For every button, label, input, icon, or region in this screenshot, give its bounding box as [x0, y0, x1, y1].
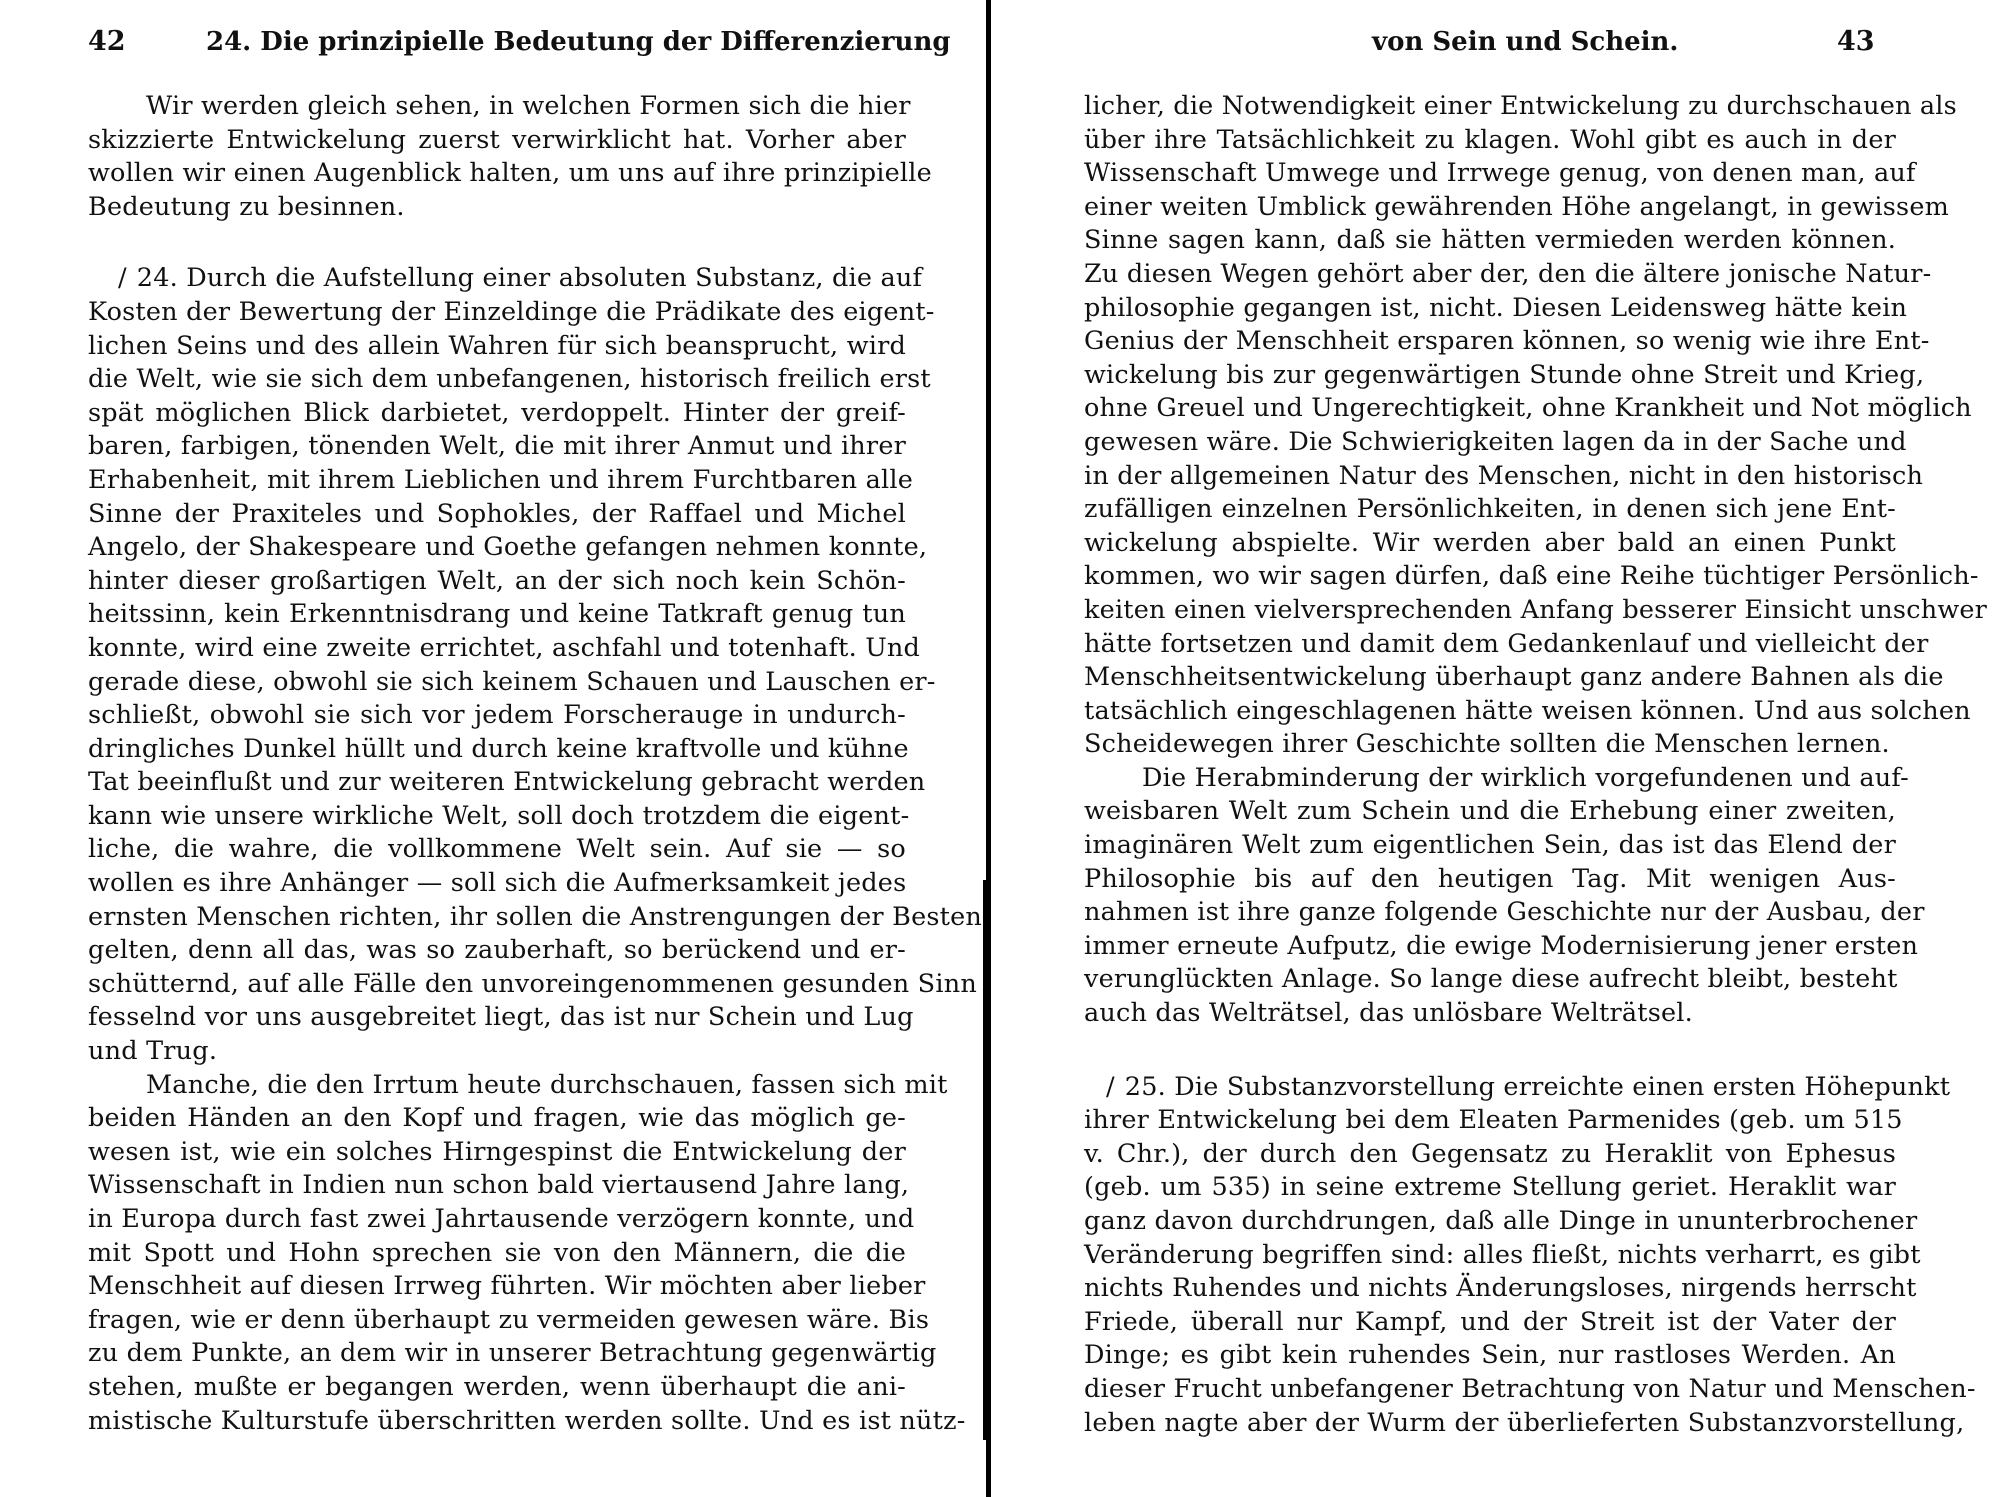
section-start-line: /24. Durch die Aufstellung einer absolut…: [88, 262, 906, 296]
right-text-block: licher, die Notwendigkeit einer Entwicke…: [1084, 90, 1896, 1440]
text-line: spät möglichen Blick darbietet, verdoppe…: [88, 397, 906, 431]
text-line: ihrer Entwickelung bei dem Eleaten Parme…: [1084, 1104, 1896, 1138]
text-line: in Europa durch fast zwei Jahrtausende v…: [88, 1203, 906, 1237]
text-line: Friede, überall nur Kampf, und der Strei…: [1084, 1306, 1896, 1340]
text-line: kann wie unsere wirkliche Welt, soll doc…: [88, 800, 906, 834]
text-line: Bedeutung zu besinnen.: [88, 191, 906, 225]
right-page: von Sein und Schein. 43 licher, die Notw…: [992, 0, 2000, 1497]
text-line: wollen wir einen Augenblick halten, um u…: [88, 157, 906, 191]
text-line: und Trug.: [88, 1035, 906, 1069]
text-line: Wissenschaft in Indien nun schon bald vi…: [88, 1169, 906, 1203]
section-start-line: /25. Die Substanzvorstellung erreichte e…: [1084, 1071, 1896, 1105]
text-line: beiden Händen an den Kopf und fragen, wi…: [88, 1102, 906, 1136]
text-line: stehen, mußte er begangen werden, wenn ü…: [88, 1371, 906, 1405]
text-line: ohne Greuel und Ungerechtigkeit, ohne Kr…: [1084, 392, 1896, 426]
text-line: tatsächlich eingeschlagenen hätte weisen…: [1084, 695, 1896, 729]
text-line: hinter dieser großartigen Welt, an der s…: [88, 565, 906, 599]
text-line: schütternd, auf alle Fälle den unvoreing…: [88, 968, 906, 1002]
text-line: baren, farbigen, tönenden Welt, die mit …: [88, 430, 906, 464]
text-line: lichen Seins und des allein Wahren für s…: [88, 330, 906, 364]
running-head: 24. Die prinzipielle Bedeutung der Diffe…: [206, 22, 951, 62]
text-line: immer erneute Aufputz, die ewige Moderni…: [1084, 930, 1896, 964]
text-line: Veränderung begriffen sind: alles fließt…: [1084, 1239, 1896, 1273]
left-page: 42 24. Die prinzipielle Bedeutung der Di…: [0, 0, 985, 1497]
text-line: auch das Welträtsel, das unlösbare Weltr…: [1084, 997, 1896, 1031]
text-line: dringliches Dunkel hüllt und durch keine…: [88, 733, 906, 767]
text-line: Tat beeinflußt und zur weiteren Entwicke…: [88, 766, 906, 800]
text-line: keiten einen vielversprechenden Anfang b…: [1084, 594, 1896, 628]
text-line: fesselnd vor uns ausgebreitet liegt, das…: [88, 1001, 906, 1035]
pencil-slash-mark: /: [118, 262, 127, 296]
book-gutter: [986, 0, 991, 1497]
text-line: Angelo, der Shakespeare und Goethe gefan…: [88, 531, 906, 565]
running-head: von Sein und Schein.: [1372, 22, 1678, 62]
text-line: liche, die wahre, die vollkommene Welt s…: [88, 833, 906, 867]
text-line: nahmen ist ihre ganze folgende Geschicht…: [1084, 896, 1896, 930]
page-number: 43: [1837, 22, 1875, 62]
text-line: ernsten Menschen richten, ihr sollen die…: [88, 901, 906, 935]
text-line: philosophie gegangen ist, nicht. Diesen …: [1084, 292, 1896, 326]
left-text-block: Wir werden gleich sehen, in welchen Form…: [88, 90, 906, 1438]
section-24-text: 24. Durch die Aufstellung einer absolute…: [137, 263, 922, 293]
paragraph-gap: [1084, 1031, 1896, 1071]
text-line: skizzierte Entwickelung zuerst verwirkli…: [88, 124, 906, 158]
text-line: v. Chr.), der durch den Gegensatz zu Her…: [1084, 1138, 1896, 1172]
paragraph-gap: [88, 224, 906, 262]
text-line: die Welt, wie sie sich dem unbefangenen,…: [88, 363, 906, 397]
text-line: mistische Kulturstufe überschritten werd…: [88, 1405, 906, 1439]
text-line: Wir werden gleich sehen, in welchen Form…: [88, 90, 906, 124]
text-line: wollen es ihre Anhänger — soll sich die …: [88, 867, 906, 901]
text-line: einer weiten Umblick gewährenden Höhe an…: [1084, 191, 1896, 225]
text-line: gerade diese, obwohl sie sich keinem Sch…: [88, 666, 906, 700]
text-line: verunglückten Anlage. So lange diese auf…: [1084, 963, 1896, 997]
text-line: (geb. um 535) in seine extreme Stellung …: [1084, 1171, 1896, 1205]
text-line: Erhabenheit, mit ihrem Lieblichen und ih…: [88, 464, 906, 498]
text-line: Die Herabminderung der wirklich vorgefun…: [1084, 762, 1896, 796]
text-line: Kosten der Bewertung der Einzeldinge die…: [88, 296, 906, 330]
text-line: über ihre Tatsächlichkeit zu klagen. Woh…: [1084, 124, 1896, 158]
text-line: wesen ist, wie ein solches Hirngespinst …: [88, 1136, 906, 1170]
text-line: schließt, obwohl sie sich vor jedem Fors…: [88, 699, 906, 733]
text-line: gewesen wäre. Die Schwierigkeiten lagen …: [1084, 426, 1896, 460]
text-line: Sinne sagen kann, daß sie hätten vermied…: [1084, 224, 1896, 258]
text-line: wickelung bis zur gegenwärtigen Stunde o…: [1084, 359, 1896, 393]
text-line: Sinne der Praxiteles und Sophokles, der …: [88, 498, 906, 532]
text-line: gelten, denn all das, was so zauberhaft,…: [88, 934, 906, 968]
text-line: Wissenschaft Umwege und Irrwege genug, v…: [1084, 157, 1896, 191]
text-line: fragen, wie er denn überhaupt zu vermeid…: [88, 1304, 906, 1338]
pencil-slash-mark: /: [1106, 1071, 1115, 1105]
text-line: dieser Frucht unbefangener Betrachtung v…: [1084, 1373, 1896, 1407]
text-line: konnte, wird eine zweite errichtet, asch…: [88, 632, 906, 666]
text-line: Manche, die den Irrtum heute durchschaue…: [88, 1069, 906, 1103]
section-25-text: 25. Die Substanzvorstellung erreichte ei…: [1125, 1072, 1950, 1102]
text-line: wickelung abspielte. Wir werden aber bal…: [1084, 527, 1896, 561]
text-line: heitssinn, kein Erkenntnisdrang und kein…: [88, 598, 906, 632]
text-line: ganz davon durchdrungen, daß alle Dinge …: [1084, 1205, 1896, 1239]
text-line: nichts Ruhendes und nichts Änderungslose…: [1084, 1272, 1896, 1306]
text-line: zufälligen einzelnen Persönlichkeiten, i…: [1084, 493, 1896, 527]
text-line: Scheidewegen ihrer Geschichte sollten di…: [1084, 728, 1896, 762]
text-line: zu dem Punkte, an dem wir in unserer Bet…: [88, 1337, 906, 1371]
text-line: Dinge; es gibt kein ruhendes Sein, nur r…: [1084, 1339, 1896, 1373]
text-line: Genius der Menschheit ersparen können, s…: [1084, 325, 1896, 359]
text-line: kommen, wo wir sagen dürfen, daß eine Re…: [1084, 560, 1896, 594]
page-number: 42: [88, 22, 126, 62]
text-line: Zu diesen Wegen gehört aber der, den die…: [1084, 258, 1896, 292]
text-line: Menschheit auf diesen Irrweg führten. Wi…: [88, 1270, 906, 1304]
text-line: Philosophie bis auf den heutigen Tag. Mi…: [1084, 863, 1896, 897]
text-line: in der allgemeinen Natur des Menschen, n…: [1084, 460, 1896, 494]
text-line: mit Spott und Hohn sprechen sie von den …: [88, 1237, 906, 1271]
text-line: imaginären Welt zum eigentlichen Sein, d…: [1084, 829, 1896, 863]
text-line: hätte fortsetzen und damit dem Gedankenl…: [1084, 628, 1896, 662]
text-line: licher, die Notwendigkeit einer Entwicke…: [1084, 90, 1896, 124]
text-line: leben nagte aber der Wurm der überliefer…: [1084, 1407, 1896, 1441]
text-line: weisbaren Welt zum Schein und die Erhebu…: [1084, 795, 1896, 829]
text-line: Menschheitsentwickelung überhaupt ganz a…: [1084, 661, 1896, 695]
